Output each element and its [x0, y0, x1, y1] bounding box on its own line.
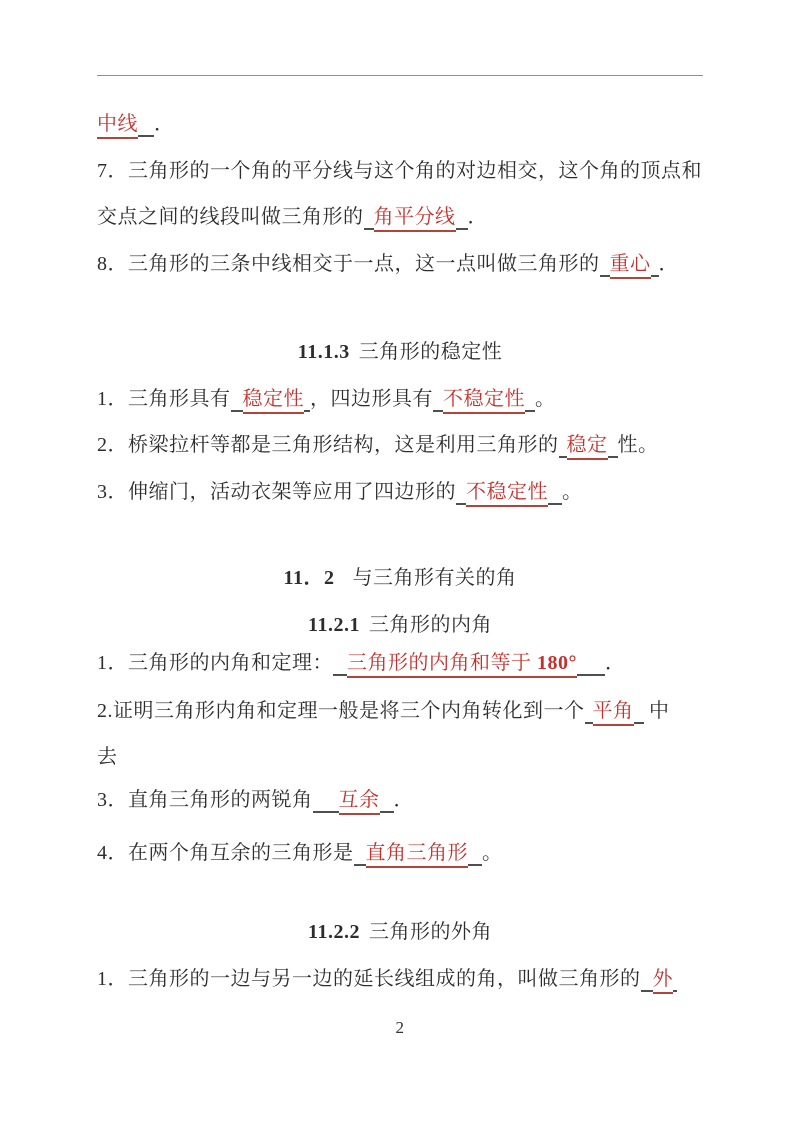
item-text: 去 — [97, 746, 118, 768]
interior-item-2-line-2: 去 — [97, 734, 703, 780]
item-text: 中 — [644, 700, 670, 722]
blank-pad — [577, 664, 605, 676]
blank-pad — [354, 854, 366, 866]
blank-pad — [468, 854, 482, 866]
item-text: 2.证明三角形内角和定理一般是将三个内角转化到一个 — [97, 700, 585, 722]
item-text: 7．三角形的一个角的平分线与这个角的对边相交，这个角的顶点和 — [97, 160, 702, 182]
blank-pad — [456, 493, 466, 505]
exterior-item-1: 1．三角形的一边与另一边的延长线组成的角，叫做三角形的外 — [97, 956, 703, 1002]
punctuation: ． — [394, 789, 415, 811]
item-7-line-1: 7．三角形的一个角的平分线与这个角的对边相交，这个角的顶点和 — [97, 148, 703, 194]
interior-item-1: 1．三角形的内角和定理：三角形的内角和等于 180°． — [97, 640, 703, 686]
page-number: 2 — [97, 1008, 703, 1048]
item-7-line-2: 交点之间的线段叫做三角形的角平分线． — [97, 194, 703, 240]
punctuation: 。 — [562, 481, 583, 503]
answer-text-bold: 180° — [537, 652, 577, 678]
item-text: 1．三角形具有 — [97, 388, 231, 410]
blank-pad — [600, 265, 610, 277]
section-heading-stability: 11.1.3三角形的稳定性 — [97, 329, 703, 375]
heading-number: 11.2.2 — [308, 921, 360, 943]
item-8: 8．三角形的三条中线相交于一点，这一点叫做三角形的重心． — [97, 241, 703, 287]
blank-pad — [313, 801, 339, 813]
header-rule — [97, 75, 703, 76]
item-text: ，四边形具有 — [310, 388, 433, 410]
item-text: 2．桥梁拉杆等都是三角形结构，这是利用三角形的 — [97, 434, 559, 456]
item-text: 1．三角形的内角和定理： — [97, 652, 333, 674]
answer-text: 互余 — [339, 789, 380, 815]
punctuation: ． — [659, 253, 680, 275]
blank-pad — [651, 265, 659, 277]
heading-title: 与三角形有关的角 — [352, 567, 516, 589]
stability-item-3: 3．伸缩门，活动衣架等应用了四边形的不稳定性。 — [97, 469, 703, 515]
interior-item-2-line-1: 2.证明三角形内角和定理一般是将三个内角转化到一个平角 中 — [97, 688, 703, 734]
blank-pad — [634, 712, 644, 724]
section-heading-angles: 11．2与三角形有关的角 — [97, 555, 703, 601]
item-text: 3．直角三角形的两锐角 — [97, 789, 313, 811]
document-page: 中线． 7．三角形的一个角的平分线与这个角的对边相交，这个角的顶点和 交点之间的… — [0, 0, 800, 1135]
blank-pad — [559, 446, 567, 458]
heading-number: 11．2 — [284, 567, 335, 589]
answer-text: 中线 — [97, 113, 138, 139]
blank-pad — [608, 446, 618, 458]
answer-text: 不稳定性 — [466, 481, 548, 507]
heading-number: 11.2.1 — [308, 614, 360, 636]
answer-text: 不稳定性 — [443, 388, 525, 414]
blank-pad — [673, 980, 677, 992]
blank-pad — [364, 218, 374, 230]
heading-number: 11.1.3 — [298, 341, 350, 363]
blank-pad — [585, 712, 593, 724]
answer-text: 外 — [653, 968, 674, 994]
punctuation: 。 — [535, 388, 556, 410]
blank-pad — [380, 801, 394, 813]
answer-text: 重心 — [610, 253, 651, 279]
blank-pad — [641, 980, 653, 992]
answer-text: 角平分线 — [374, 206, 456, 232]
blank-pad — [456, 218, 468, 230]
punctuation: 。 — [482, 842, 503, 864]
blank-pad — [548, 493, 562, 505]
item-text: 性。 — [618, 434, 659, 456]
section-heading-exterior: 11.2.2三角形的外角 — [97, 909, 703, 955]
blank-pad — [231, 400, 243, 412]
answer-text: 直角三角形 — [366, 842, 469, 868]
answer-text: 三角形的内角和等于 — [347, 652, 537, 678]
stability-item-1: 1．三角形具有稳定性，四边形具有不稳定性。 — [97, 376, 703, 422]
punctuation: ． — [154, 113, 175, 135]
blank-pad — [333, 664, 347, 676]
interior-item-4: 4．在两个角互余的三角形是直角三角形。 — [97, 830, 703, 876]
continued-answer-line: 中线． — [97, 101, 703, 147]
item-text: 4．在两个角互余的三角形是 — [97, 842, 354, 864]
heading-title: 三角形的稳定性 — [359, 341, 503, 363]
blank-pad — [138, 125, 154, 137]
item-text: 1．三角形的一边与另一边的延长线组成的角，叫做三角形的 — [97, 968, 641, 990]
interior-item-3: 3．直角三角形的两锐角互余． — [97, 777, 703, 823]
answer-text: 稳定性 — [243, 388, 305, 414]
heading-title: 三角形的内角 — [369, 614, 492, 636]
punctuation: ． — [605, 652, 626, 674]
blank-pad — [525, 400, 535, 412]
heading-title: 三角形的外角 — [369, 921, 492, 943]
punctuation: ． — [468, 206, 489, 228]
item-text: 交点之间的线段叫做三角形的 — [97, 206, 364, 228]
item-text: 8．三角形的三条中线相交于一点，这一点叫做三角形的 — [97, 253, 600, 275]
stability-item-2: 2．桥梁拉杆等都是三角形结构，这是利用三角形的稳定性。 — [97, 422, 703, 468]
answer-text: 稳定 — [567, 434, 608, 460]
item-text: 3．伸缩门，活动衣架等应用了四边形的 — [97, 481, 456, 503]
answer-text: 平角 — [593, 700, 634, 726]
blank-pad — [433, 400, 443, 412]
